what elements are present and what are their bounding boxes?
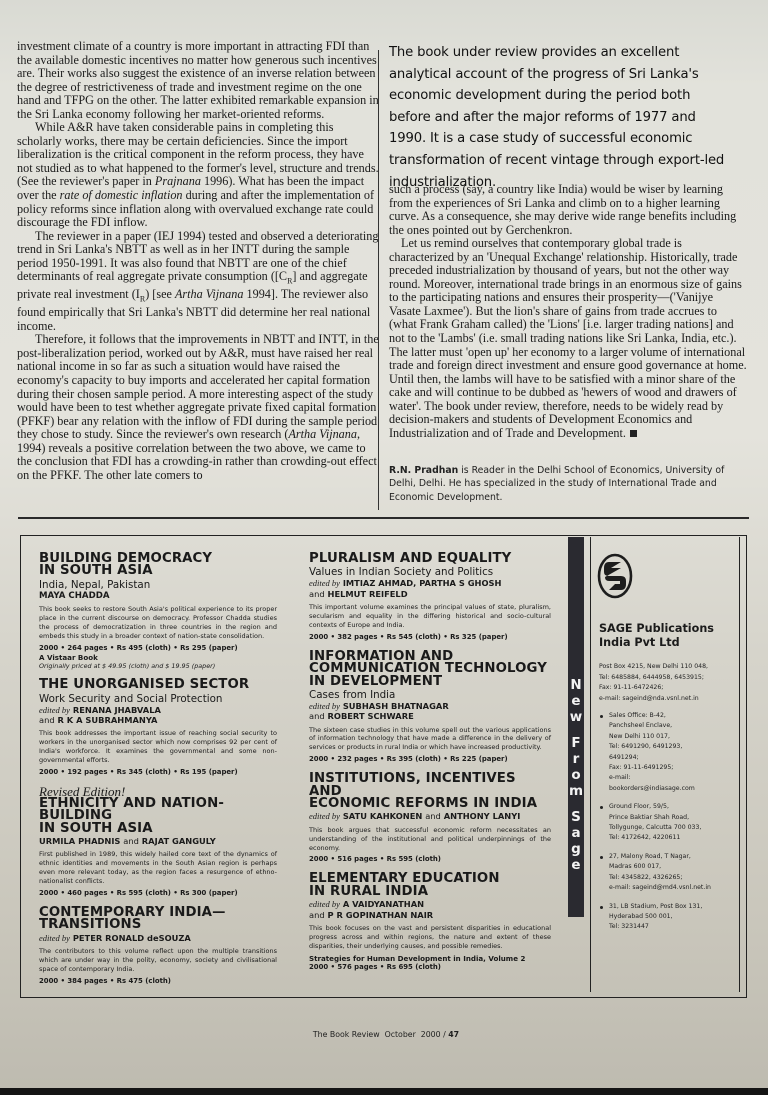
book-author: edited by PETER RONALD deSOUZA	[39, 933, 277, 943]
column-divider	[378, 50, 379, 510]
book-author: edited by SUBHASH BHATNAGAR	[309, 701, 551, 711]
book-title: THE UNORGANISED SECTOR	[39, 679, 277, 691]
journal-title: Prajnana	[155, 174, 201, 188]
book-description: This book addresses the important issue …	[39, 729, 277, 765]
author-name: R.N. Pradhan	[389, 465, 458, 476]
author-bio: R.N. Pradhan is Reader in the Delhi Scho…	[389, 464, 749, 504]
office-address: Ground Floor, 59/5, Prince Baktiar Shah …	[599, 802, 749, 844]
book-subtitle: India, Nepal, Pakistan	[39, 579, 277, 591]
book-author: and ROBERT SCHWARE	[309, 711, 551, 721]
book-title: ETHNICITY AND NATION-BUILDINGIN SOUTH AS…	[39, 798, 277, 835]
book-price-info: 2000 • 576 pages • Rs 695 (cloth)	[309, 963, 551, 972]
pull-quote: The book under review provides an excell…	[389, 42, 729, 193]
book-description: The sixteen case studies in this volume …	[309, 726, 551, 753]
book-description: The contributors to this volume reflect …	[39, 947, 277, 974]
book-series: Strategies for Human Development in Indi…	[309, 954, 551, 963]
book-description: This book seeks to restore South Asia's …	[39, 605, 277, 641]
book-price-info: 2000 • 460 pages • Rs 595 (cloth) • Rs 3…	[39, 889, 277, 898]
article-right-column: such a process (say, a country like Indi…	[389, 183, 747, 440]
book-author: and P R GOPINATHAN NAIR	[309, 910, 551, 920]
book-listing: Revised Edition! ETHNICITY AND NATION-BU…	[39, 786, 277, 898]
book-description: First published in 1989, this widely hai…	[39, 850, 277, 886]
book-author: edited by A VAIDYANATHAN	[309, 899, 551, 909]
publisher-name: SAGE Publications India Pvt Ltd	[599, 622, 749, 649]
end-of-article-icon	[630, 430, 637, 437]
paragraph: such a process (say, a country like Indi…	[389, 183, 747, 237]
book-author: edited by IMTIAZ AHMAD, PARTHA S GHOSH	[309, 578, 551, 588]
book-listing: ELEMENTARY EDUCATIONIN RURAL INDIA edite…	[309, 873, 551, 971]
book-price-info: 2000 • 382 pages • Rs 545 (cloth) • Rs 3…	[309, 633, 551, 642]
book-author: and HELMUT REIFELD	[309, 589, 551, 599]
page-number: 47	[448, 1030, 459, 1039]
sage-logo-icon	[597, 553, 633, 599]
book-listing: CONTEMPORARY INDIA—TRANSITIONS edited by…	[39, 907, 277, 986]
emphasis: rate of domestic inflation	[60, 188, 183, 202]
paragraph: While A&R have taken considerable pains …	[17, 121, 379, 229]
book-series: A Vistaar Book	[39, 653, 277, 662]
paragraph: Therefore, it follows that the improveme…	[17, 333, 379, 482]
ad-books-column-1: BUILDING DEMOCRACYIN SOUTH ASIA India, N…	[39, 553, 277, 995]
book-author: and R K A SUBRAHMANYA	[39, 715, 277, 725]
book-description: This book argues that successful economi…	[309, 826, 551, 853]
book-author: MAYA CHADDA	[39, 591, 277, 601]
office-address: Sales Office: B-42, Panchsheel Enclave, …	[599, 711, 749, 794]
book-price-note: Originally priced at $ 49.95 (cloth) and…	[39, 662, 277, 671]
paragraph: investment climate of a country is more …	[17, 40, 379, 121]
book-title: INFORMATION ANDCOMMUNICATION TECHNOLOGYI…	[309, 651, 551, 688]
journal-title: Artha Vijnana	[288, 427, 357, 441]
book-title: INSTITUTIONS, INCENTIVES ANDECONOMIC REF…	[309, 773, 551, 810]
book-author: edited by SATU KAHKONEN and ANTHONY LANY…	[309, 811, 551, 821]
office-address: 31, LB Stadium, Post Box 131, Hyderabad …	[599, 902, 749, 933]
issue-month: October	[385, 1030, 416, 1039]
book-price-info: 2000 • 516 pages • Rs 595 (cloth)	[309, 855, 551, 864]
book-listing: INFORMATION ANDCOMMUNICATION TECHNOLOGYI…	[309, 651, 551, 765]
book-price-info: 2000 • 192 pages • Rs 345 (cloth) • Rs 1…	[39, 768, 277, 777]
book-subtitle: Work Security and Social Protection	[39, 693, 277, 705]
section-rule	[18, 517, 749, 519]
new-from-sage-banner: N e w F r o m S a g e	[568, 537, 584, 917]
book-price-info: 2000 • 384 pages • Rs 475 (cloth)	[39, 977, 277, 986]
office-address: 27, Malony Road, T Nagar, Madras 600 017…	[599, 852, 749, 894]
publisher-email: e-mail: sageind@nda.vsnl.net.in	[599, 694, 749, 705]
book-listing: BUILDING DEMOCRACYIN SOUTH ASIA India, N…	[39, 553, 277, 670]
publisher-offices-list: Sales Office: B-42, Panchsheel Enclave, …	[599, 711, 749, 941]
book-subtitle: Values in Indian Society and Politics	[309, 566, 551, 578]
magazine-page: investment climate of a country is more …	[0, 0, 768, 1088]
book-subtitle: Cases from India	[309, 689, 551, 701]
publication-name: The Book Review	[313, 1030, 380, 1039]
article-left-column: investment climate of a country is more …	[17, 40, 379, 482]
book-title: PLURALISM AND EQUALITY	[309, 553, 551, 565]
book-title: CONTEMPORARY INDIA—TRANSITIONS	[39, 907, 277, 932]
book-description: This book focuses on the vast and persis…	[309, 924, 551, 951]
book-listing: PLURALISM AND EQUALITY Values in Indian …	[309, 553, 551, 642]
journal-title: Artha Vijnana	[175, 287, 244, 301]
book-description: This important volume examines the princ…	[309, 603, 551, 630]
paragraph: Let us remind ourselves that contemporar…	[389, 237, 747, 440]
book-author: edited by RENANA JHABVALA	[39, 705, 277, 715]
book-title: BUILDING DEMOCRACYIN SOUTH ASIA	[39, 553, 277, 578]
issue-year: 2000	[421, 1030, 441, 1039]
page-footer: The Book Review October 2000 / 47	[0, 1030, 768, 1039]
publisher-main-address: Post Box 4215, New Delhi 110 048, Tel: 6…	[599, 662, 749, 704]
book-listing: INSTITUTIONS, INCENTIVES ANDECONOMIC REF…	[309, 773, 551, 864]
book-title: ELEMENTARY EDUCATIONIN RURAL INDIA	[309, 873, 551, 898]
book-price-info: 2000 • 264 pages • Rs 495 (cloth) • Rs 2…	[39, 644, 277, 653]
scan-edge	[0, 1088, 768, 1095]
book-price-info: 2000 • 232 pages • Rs 395 (cloth) • Rs 2…	[309, 755, 551, 764]
ad-books-column-2: PLURALISM AND EQUALITY Values in Indian …	[309, 553, 551, 981]
book-author: URMILA PHADNIS and RAJAT GANGULY	[39, 836, 277, 846]
book-listing: THE UNORGANISED SECTOR Work Security and…	[39, 679, 277, 777]
paragraph: The reviewer in a paper (IEJ 1994) teste…	[17, 230, 379, 334]
